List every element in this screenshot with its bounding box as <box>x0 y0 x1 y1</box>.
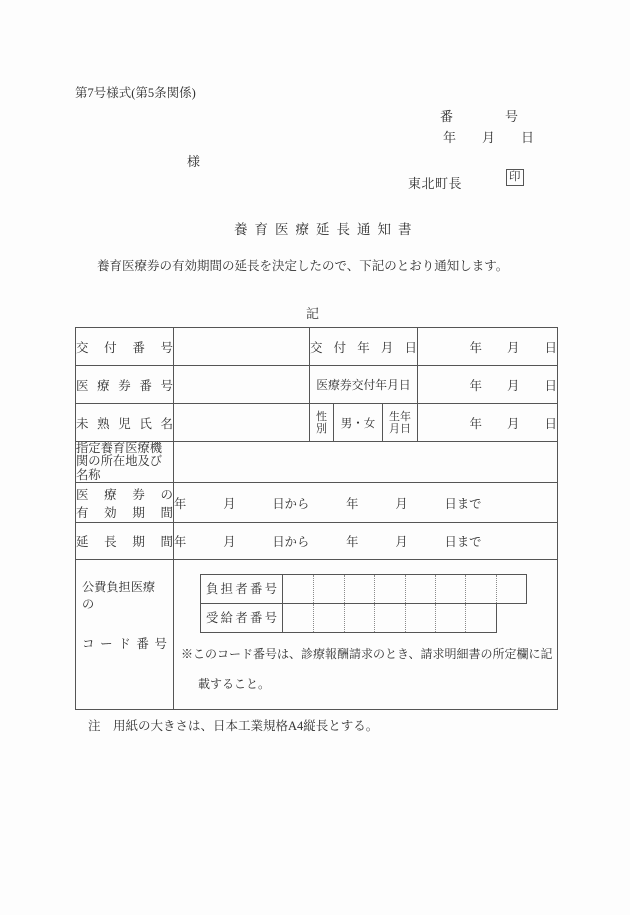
code-number-table: 負担者番号 受給者番号 <box>200 574 557 633</box>
seal-mark: 印 <box>506 169 524 186</box>
public-expense-code-label: 公費負担医療の コード番号 <box>76 560 174 710</box>
table-row-extension-period: 延長期間 年 月 日から 年 月 日まで <box>76 523 558 560</box>
code-usage-note: ※このコード番号は、診療報酬請求のとき、請求明細書の所定欄に記載すること。 <box>181 639 554 699</box>
ticket-issue-date-label: 医療券交付年月日 <box>310 366 418 404</box>
recipient-number-row: 受給者番号 <box>200 603 497 633</box>
addressee-honorific: 様 <box>187 151 200 170</box>
issue-date-value: 年 月 日 <box>418 328 558 366</box>
extension-period-value: 年 月 日から 年 月 日まで <box>174 523 558 560</box>
issue-number-value-cell <box>174 328 310 366</box>
payer-number-digit-cells <box>283 575 526 603</box>
ticket-issue-date-value: 年 月 日 <box>418 366 558 404</box>
record-heading: 記 <box>306 303 319 322</box>
payer-number-row: 負担者番号 <box>200 574 527 604</box>
table-row-ticket-number: 医療券番号 医療券交付年月日 年 月 日 <box>76 366 558 404</box>
validity-label-line2: 有効期間 <box>76 503 173 521</box>
issuer-title: 東北町長 <box>408 173 462 192</box>
table-row-institution: 指定養育医療機関の所在地及び名称 <box>76 442 558 483</box>
extension-period-label: 延長期間 <box>76 523 174 560</box>
institution-label: 指定養育医療機関の所在地及び名称 <box>76 442 174 483</box>
form-number: 第7号様式(第5条関係) <box>75 83 196 101</box>
issue-number-label: 交付番号 <box>76 328 174 366</box>
notification-body-text: 養育医療券の有効期間の延長を決定したので、下記のとおり通知します。 <box>75 256 508 274</box>
sex-label-cell: 性別 <box>310 404 334 442</box>
recipient-number-label: 受給者番号 <box>201 604 283 632</box>
birth-date-label: 生年月日 <box>387 411 413 435</box>
table-row-infant-name: 未熟児氏名 性別 男・女 生年月日 年 月 日 <box>76 404 558 442</box>
institution-value-cell <box>174 442 558 483</box>
table-row-issue-number: 交付番号 交付年月日 年 月 日 <box>76 328 558 366</box>
ticket-number-value-cell <box>174 366 310 404</box>
sex-label: 性別 <box>315 411 329 435</box>
paper-size-note: 注 用紙の大きさは、日本工業規格A4縦長とする。 <box>88 716 378 734</box>
table-row-validity-period: 医療券の 有効期間 年 月 日から 年 月 日まで <box>76 483 558 523</box>
table-row-public-expense-code: 公費負担医療の コード番号 負担者番号 受給者番号 ※このコード番号は、診療報酬… <box>76 560 558 710</box>
notification-table: 交付番号 交付年月日 年 月 日 医療券番号 医療券交付年月日 年 月 日 未熟… <box>75 327 558 710</box>
document-page: 第7号様式(第5条関係) 番 号 年 月 日 様 東北町長 印 養育医療延長通知… <box>0 0 630 915</box>
birth-date-value: 年 月 日 <box>418 404 558 442</box>
document-number-line: 番 号 <box>440 106 518 125</box>
birth-label-cell: 生年月日 <box>383 404 418 442</box>
infant-name-label: 未熟児氏名 <box>76 404 174 442</box>
code-label-line2: コード番号 <box>82 634 167 652</box>
payer-number-label: 負担者番号 <box>201 575 283 603</box>
infant-name-value-cell <box>174 404 310 442</box>
code-label-line1: 公費負担医療の <box>82 578 167 612</box>
document-date-line: 年 月 日 <box>443 127 534 146</box>
validity-period-label: 医療券の 有効期間 <box>76 483 174 523</box>
issue-date-label: 交付年月日 <box>310 328 418 366</box>
code-number-area: 負担者番号 受給者番号 ※このコード番号は、診療報酬請求のとき、請求明細書の所定… <box>174 560 558 710</box>
document-title: 養育医療延長通知書 <box>234 218 419 238</box>
sex-value: 男・女 <box>334 404 383 442</box>
validity-label-line1: 医療券の <box>76 485 173 503</box>
recipient-number-digit-cells <box>283 604 496 632</box>
validity-period-value: 年 月 日から 年 月 日まで <box>174 483 558 523</box>
ticket-number-label: 医療券番号 <box>76 366 174 404</box>
